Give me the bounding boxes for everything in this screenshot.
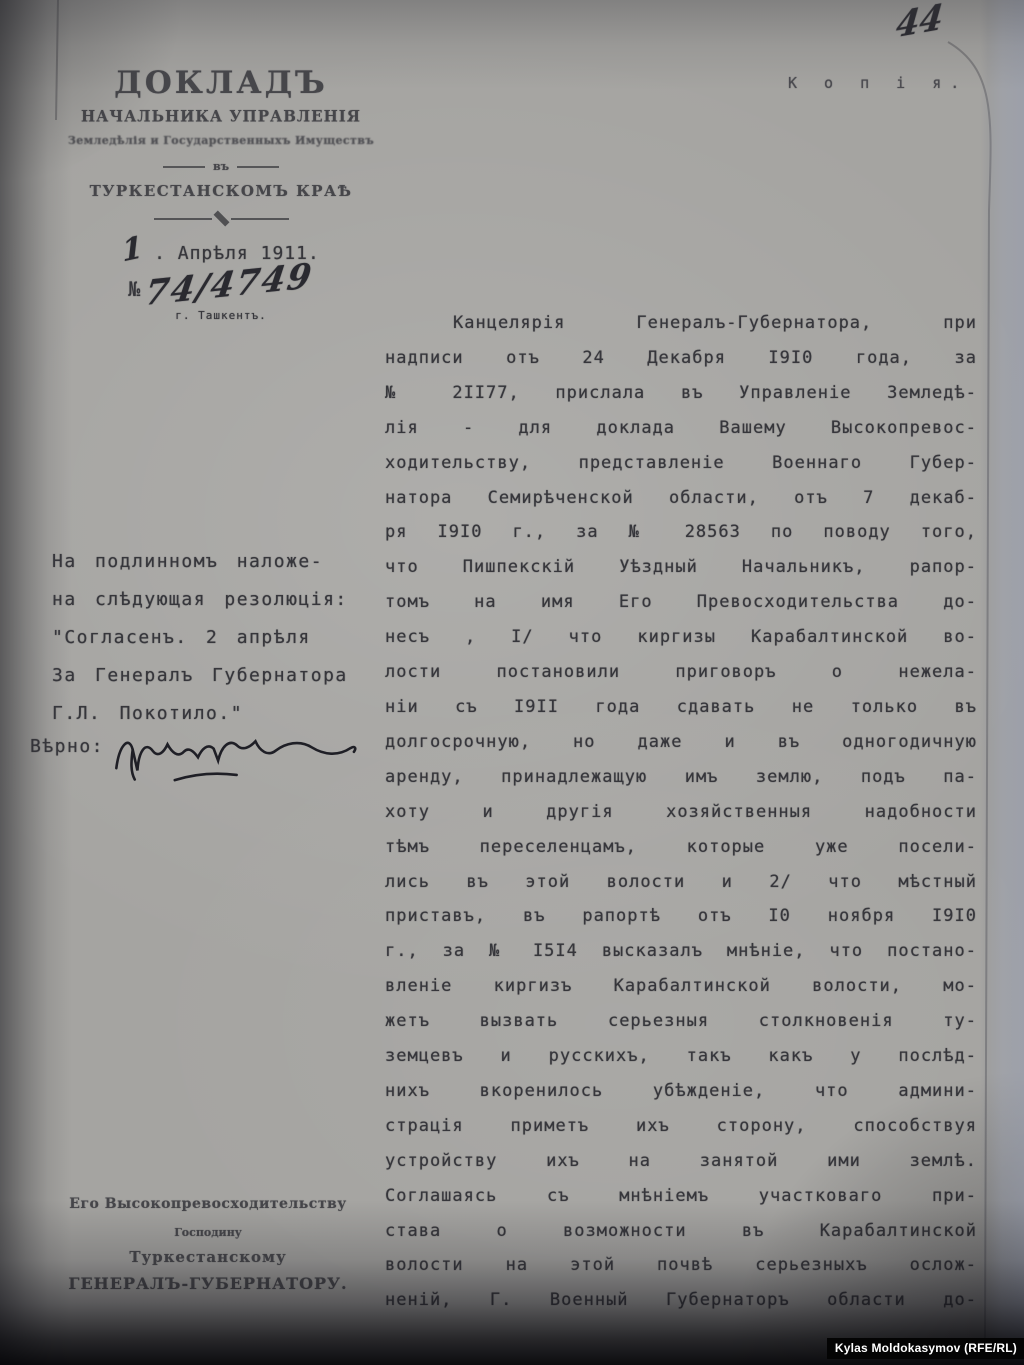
typed-line: томъ на имя Его Превосходительства до-	[385, 585, 977, 620]
typed-line: натора Семирѣченской области, отъ 7 дека…	[385, 481, 977, 516]
typed-line: что Пишпекскій Уѣздный Начальникъ, рапор…	[385, 550, 977, 585]
typed-line: № 2II77, прислала въ Управленіе Земледѣ-	[385, 376, 977, 411]
addressee-line-3: Туркестанскому	[58, 1248, 358, 1266]
addressee-block: Его Высокопревосходительству Господину Т…	[58, 1196, 358, 1293]
divider-rule	[237, 166, 279, 168]
divider-v: въ	[62, 160, 380, 173]
typed-line: страція приметъ ихъ сторону, способствуя	[385, 1109, 977, 1144]
typed-line: тѣмъ переселенцамъ, которые уже посели-	[385, 830, 977, 865]
typed-line: жетъ вызвать серьезныя столкновенія ту-	[385, 1004, 977, 1039]
copy-label: К о п і я.	[788, 74, 968, 92]
letterhead: ДОКЛАДЪ НАЧАЛЬНИКА УПРАВЛЕНІЯ Земледѣлія…	[62, 66, 380, 322]
doc-subtitle: НАЧАЛЬНИКА УПРАВЛЕНІЯ	[62, 107, 380, 126]
typed-line: лости постановили приговоръ о нежела-	[385, 655, 977, 690]
preposition: въ	[213, 160, 229, 173]
handwritten-number: 74/4749	[143, 256, 316, 314]
typed-line: надписи отъ 24 Декабря I9I0 года, за	[385, 341, 977, 376]
typed-line: Соглашаясь съ мнѣніемъ участковаго при-	[385, 1179, 977, 1214]
city-line: г. Ташкентъ.	[62, 309, 380, 322]
divider-rule	[231, 218, 289, 220]
typed-line: ходительству, представленіе Военнаго Губ…	[385, 446, 977, 481]
typed-line: приставъ, въ рапортѣ отъ I0 ноября I9I0	[385, 899, 977, 934]
typed-line: Канцелярія Генералъ-Губернатора, при	[385, 306, 977, 341]
date-line: 1. Апрѣля 1911.	[62, 232, 380, 267]
typed-line: земцевъ и русскихъ, такъ какъ у послѣд-	[385, 1039, 977, 1074]
signature	[110, 712, 360, 802]
resolution-line: За Генералъ Губернатора	[52, 657, 382, 695]
handwritten-day: 1	[121, 230, 145, 270]
typed-line: несъ , I/ что киргизы Карабалтинской во-	[385, 620, 977, 655]
divider-rule	[154, 218, 212, 220]
resolution-line: На подлинномъ наложе-	[52, 543, 382, 581]
number-sign: №	[128, 277, 140, 301]
handwritten-page-number: 44	[894, 0, 945, 47]
typed-line: долгосрочную, но даже и въ одногодичную	[385, 725, 977, 760]
typed-line: хоту и другія хозяйственныя надобности	[385, 795, 977, 830]
typed-line: ніи съ I9II года сдавать не только въ	[385, 690, 977, 725]
typed-line: вленіе киргизъ Карабалтинской волости, м…	[385, 969, 977, 1004]
photo-credit-watermark: Kylas Moldokasymov (RFE/RL)	[827, 1338, 1024, 1359]
typed-line: лія - для доклада Вашему Высокопревос-	[385, 411, 977, 446]
body-text: Канцелярія Генералъ-Губернатора, принадп…	[385, 306, 977, 1318]
typed-line: лись въ этой волости и 2/ что мѣстный	[385, 865, 977, 900]
resolution-block: На подлинномъ наложе-на слѣдующая резолю…	[52, 543, 382, 733]
certify-label: Вѣрно:	[30, 736, 104, 757]
divider-rule	[163, 166, 205, 168]
typed-line: волости на этой почвѣ серьезныхъ ослож-	[385, 1248, 977, 1283]
typed-line: ря I9I0 г., за № 28563 по поводу того,	[385, 515, 977, 550]
typed-line: г., за № I5I4 высказалъ мнѣніе, что пост…	[385, 934, 977, 969]
doc-title: ДОКЛАДЪ	[62, 66, 380, 100]
typed-line: аренду, принадлежащую имъ землю, подъ па…	[385, 760, 977, 795]
ornament-divider	[62, 213, 380, 224]
addressee-line-1: Его Высокопревосходительству	[58, 1196, 358, 1212]
typed-line: става о возможности въ Карабалтинской	[385, 1214, 977, 1249]
document-photo: ДОКЛАДЪ НАЧАЛЬНИКА УПРАВЛЕНІЯ Земледѣлія…	[0, 0, 1024, 1365]
region-line: ТУРКЕСТАНСКОМЪ КРАѢ	[62, 182, 380, 200]
resolution-line: "Согласенъ. 2 апрѣля	[52, 619, 382, 657]
lens-ornament	[213, 211, 229, 227]
typed-line: неній, Г. Военный Губернаторъ области до…	[385, 1283, 977, 1318]
typed-line: устройству ихъ на занятой ими землѣ.	[385, 1144, 977, 1179]
addressee-line-2: Господину	[58, 1226, 358, 1239]
resolution-line: на слѣдующая резолюція:	[52, 581, 382, 619]
department-line: Земледѣлія и Государственныхъ Имуществъ	[62, 134, 380, 147]
number-line: № 74/4749	[62, 265, 380, 305]
typed-line: нихъ вкоренилось убѣжденіе, что админи-	[385, 1074, 977, 1109]
addressee-line-4: ГЕНЕРАЛЪ-ГУБЕРНАТОРУ.	[58, 1274, 358, 1293]
